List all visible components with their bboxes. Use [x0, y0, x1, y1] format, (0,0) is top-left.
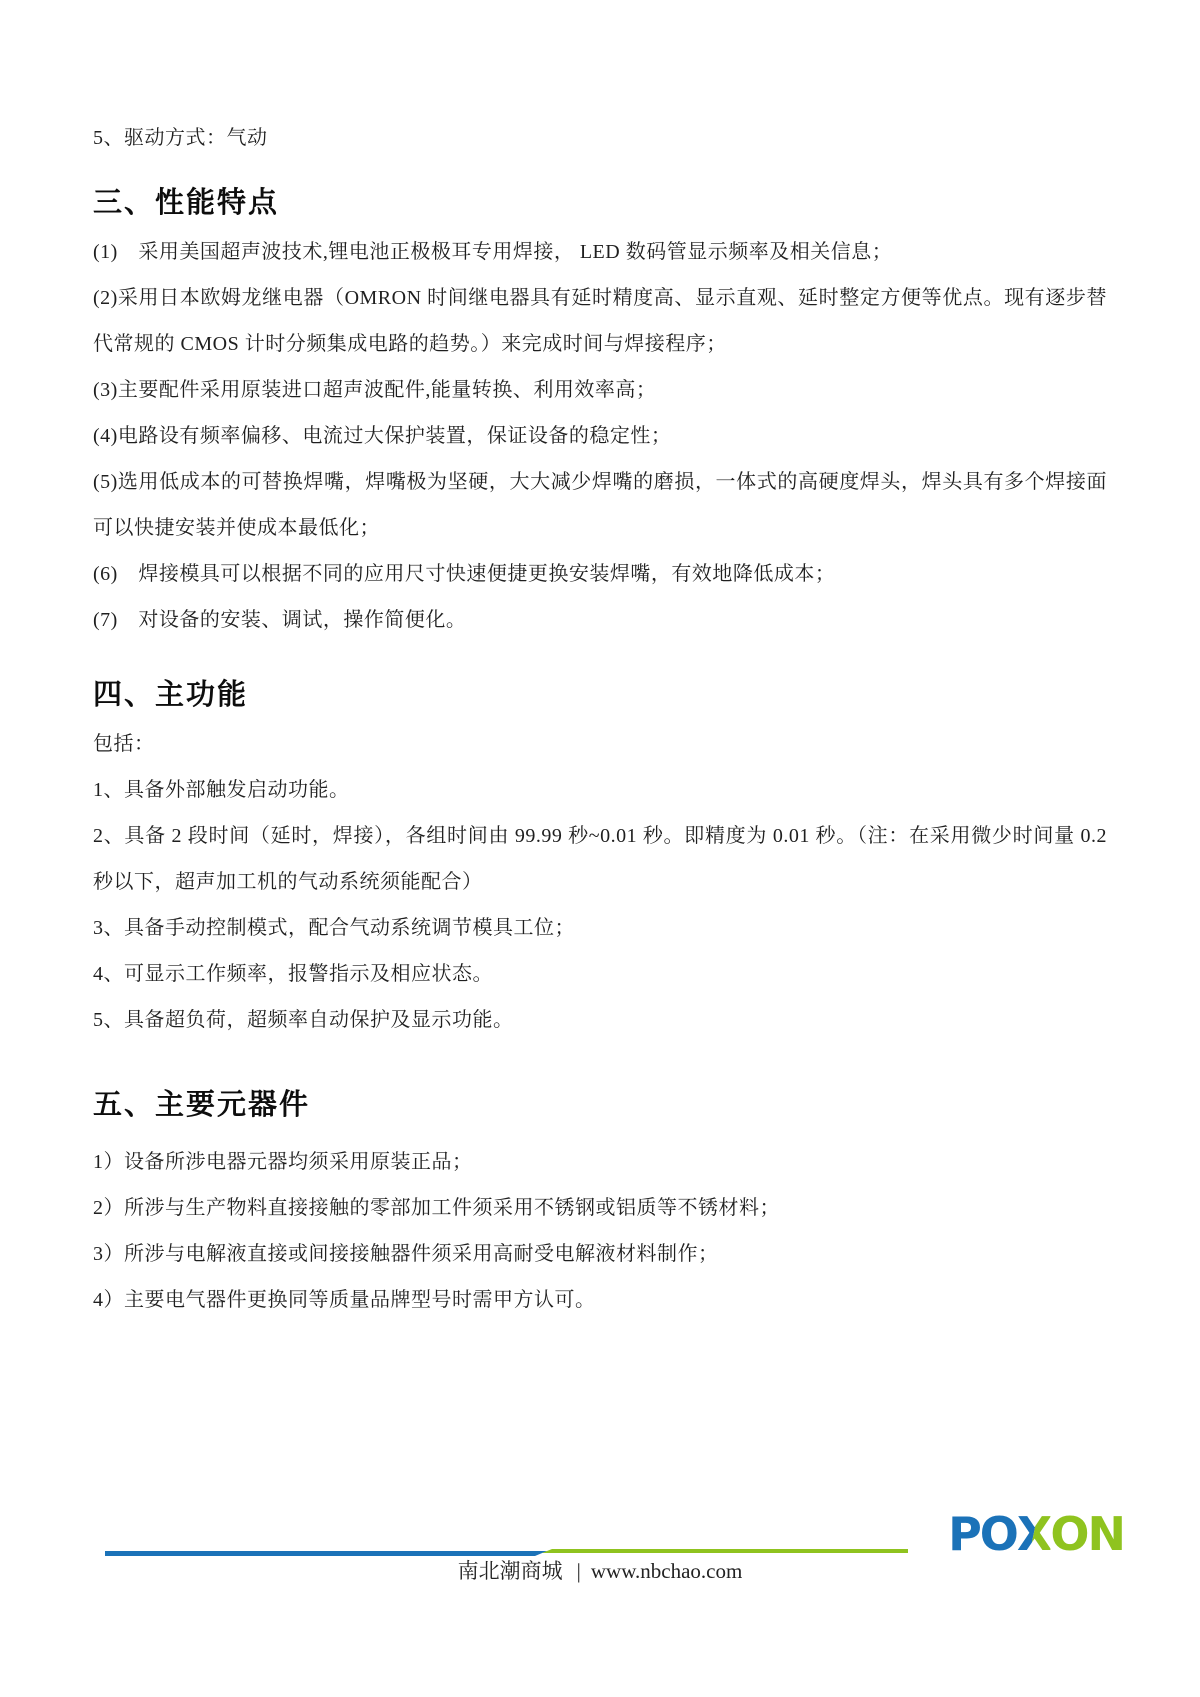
component-item-1: 1）设备所涉电器元器均须采用原装正品；: [93, 1139, 1107, 1185]
function-item-1: 1、具备外部触发启动功能。: [93, 767, 1107, 813]
document-body: 5、驱动方式：气动 三、性能特点 (1) 采用美国超声波技术,锂电池正极极耳专用…: [0, 0, 1200, 1323]
component-item-2: 2）所涉与生产物料直接接触的零部加工件须采用不锈钢或铝质等不锈材料；: [93, 1185, 1107, 1231]
function-item-4: 4、可显示工作频率，报警指示及相应状态。: [93, 951, 1107, 997]
footer-site-line: 南北潮商城|www.nbchao.com: [0, 1556, 1200, 1586]
function-item-2: 2、具备 2 段时间（延时，焊接），各组时间由 99.99 秒~0.01 秒。即…: [93, 813, 1107, 905]
poxon-logo-blue-part: PO: [948, 1507, 1017, 1561]
performance-item-4: (4)电路设有频率偏移、电流过大保护装置，保证设备的稳定性；: [93, 413, 1107, 459]
performance-item-3: (3)主要配件采用原装进口超声波配件,能量转换、利用效率高；: [93, 367, 1107, 413]
performance-item-5: (5)选用低成本的可替换焊嘴，焊嘴极为坚硬，大大减少焊嘴的磨损，一体式的高硬度焊…: [93, 459, 1107, 551]
document-page: 5、驱动方式：气动 三、性能特点 (1) 采用美国超声波技术,锂电池正极极耳专用…: [0, 0, 1200, 1697]
footer-site-name: 南北潮商城: [458, 1559, 563, 1583]
poxon-logo: POXXON: [948, 1511, 1124, 1557]
section-heading-main-functions: 四、主功能: [93, 673, 1107, 717]
poxon-logo-x: XX: [1017, 1511, 1050, 1557]
performance-item-1: (1) 采用美国超声波技术,锂电池正极极耳专用焊接， LED 数码管显示频率及相…: [93, 229, 1107, 275]
component-item-4: 4）主要电气器件更换同等质量品牌型号时需甲方认可。: [93, 1277, 1107, 1323]
footer-divider-bar: |: [563, 1556, 591, 1586]
function-item-3: 3、具备手动控制模式，配合气动系统调节模具工位；: [93, 905, 1107, 951]
section-heading-performance-features: 三、性能特点: [93, 181, 1107, 225]
footer-divider-line-green: [542, 1549, 908, 1553]
footer-site-url[interactable]: www.nbchao.com: [591, 1559, 742, 1583]
performance-item-2: (2)采用日本欧姆龙继电器（OMRON 时间继电器具有延时精度高、显示直观、延时…: [93, 275, 1107, 367]
performance-item-6: (6) 焊接模具可以根据不同的应用尺寸快速便捷更换安装焊嘴，有效地降低成本；: [93, 551, 1107, 597]
poxon-logo-green-part: ON: [1050, 1507, 1124, 1561]
component-item-3: 3）所涉与电解液直接或间接接触器件须采用高耐受电解液材料制作；: [93, 1231, 1107, 1277]
function-item-5: 5、具备超负荷，超频率自动保护及显示功能。: [93, 997, 1107, 1043]
lead-list-item: 5、驱动方式：气动: [93, 115, 1107, 161]
functions-intro: 包括：: [93, 721, 1107, 767]
performance-item-7: (7) 对设备的安装、调试，操作简便化。: [93, 597, 1107, 643]
section-heading-main-components: 五、主要元器件: [93, 1083, 1107, 1127]
